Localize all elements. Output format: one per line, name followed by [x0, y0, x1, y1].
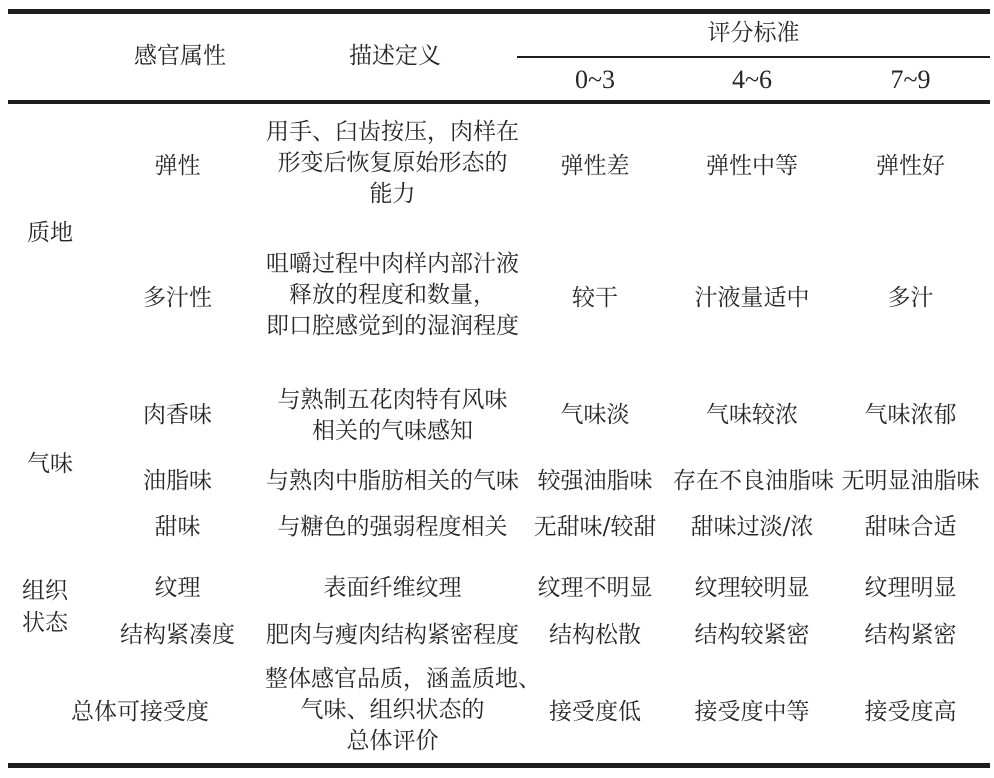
- header-range-7-9: 7~9: [831, 64, 990, 95]
- header-range-4-6: 4~6: [673, 64, 831, 95]
- score-cell-mid: 弹性中等: [673, 151, 831, 182]
- attribute-cell: 肉香味: [120, 400, 235, 431]
- attribute-cell: 油脂味: [120, 466, 235, 497]
- header-sensory-attribute: 感官属性: [70, 41, 290, 72]
- score-cell-high: 纹理明显: [831, 573, 990, 604]
- scoring-subheader-rule: [517, 56, 990, 58]
- score-cell-mid: 纹理较明显: [673, 573, 831, 604]
- definition-cell: 整体感官品质，涵盖质地、 气味、组织状态的 总体评价: [265, 664, 520, 757]
- attribute-cell: 纹理: [120, 573, 235, 604]
- definition-cell: 用手、臼齿按压，肉样在 形变后恢复原始形态的 能力: [265, 117, 520, 210]
- definition-cell: 与熟制五花肉特有风味 相关的气味感知: [265, 385, 520, 447]
- score-cell-low: 弹性差: [517, 151, 673, 182]
- score-cell-mid: 存在不良油脂味: [673, 466, 831, 497]
- attribute-cell: 结构紧凑度: [105, 620, 250, 651]
- score-cell-high: 气味浓郁: [831, 400, 990, 431]
- group-odor: 气味: [22, 449, 78, 480]
- score-cell-low: 无甜味/较甜: [517, 512, 673, 543]
- header-definition: 描述定义: [280, 41, 510, 72]
- group-tissue-state: 组织 状态: [22, 575, 78, 639]
- attribute-cell: 多汁性: [120, 283, 235, 314]
- score-cell-low: 接受度低: [517, 697, 673, 728]
- score-cell-high: 接受度高: [831, 697, 990, 728]
- score-cell-high: 甜味合适: [831, 512, 990, 543]
- score-cell-high: 弹性好: [831, 151, 990, 182]
- top-rule: [8, 9, 990, 14]
- definition-cell: 肥肉与瘦肉结构紧密程度: [265, 620, 520, 651]
- attribute-cell: 总体可接受度: [50, 697, 230, 728]
- score-cell-mid: 接受度中等: [673, 697, 831, 728]
- attribute-cell: 甜味: [120, 512, 235, 543]
- definition-cell: 与熟肉中脂肪相关的气味: [265, 466, 520, 497]
- score-cell-mid: 甜味过淡/浓: [673, 512, 831, 543]
- score-cell-mid: 汁液量适中: [673, 283, 831, 314]
- definition-cell: 咀嚼过程中肉样内部汁液 释放的程度和数量， 即口腔感觉到的湿润程度: [265, 249, 520, 342]
- score-cell-low: 气味淡: [517, 400, 673, 431]
- bottom-rule: [8, 763, 990, 768]
- group-texture: 质地: [22, 218, 78, 249]
- definition-cell: 表面纤维纹理: [265, 573, 520, 604]
- score-cell-low: 较干: [517, 283, 673, 314]
- header-scoring-criteria: 评分标准: [517, 18, 990, 49]
- score-cell-mid: 结构较紧密: [673, 620, 831, 651]
- score-cell-low: 较强油脂味: [517, 466, 673, 497]
- score-cell-low: 纹理不明显: [517, 573, 673, 604]
- score-cell-high: 多汁: [831, 283, 990, 314]
- attribute-cell: 弹性: [120, 151, 235, 182]
- header-range-0-3: 0~3: [517, 64, 673, 95]
- score-cell-low: 结构松散: [517, 620, 673, 651]
- score-cell-high: 结构紧密: [831, 620, 990, 651]
- score-cell-high: 无明显油脂味: [831, 466, 990, 497]
- definition-cell: 与糖色的强弱程度相关: [265, 512, 520, 543]
- score-cell-mid: 气味较浓: [673, 400, 831, 431]
- header-bottom-rule: [8, 100, 990, 104]
